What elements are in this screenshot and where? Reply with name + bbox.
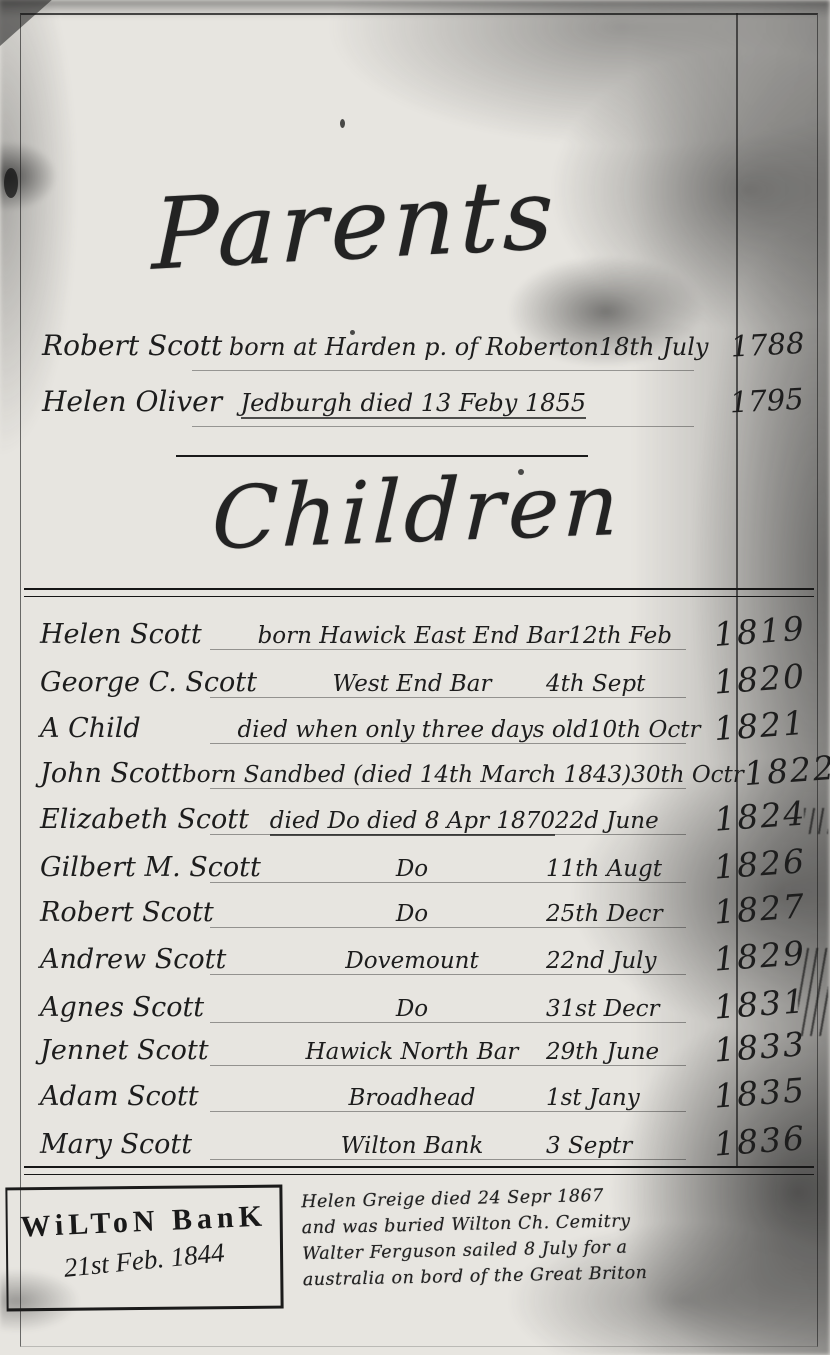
ink-speck	[340, 119, 345, 128]
parent-detail: born at Harden p. of Roberton	[229, 333, 599, 361]
child-row: Jennet Scott Hawick North Bar 29th June …	[40, 1028, 806, 1074]
child-year: 1821	[713, 703, 807, 748]
child-row: Gilbert M. Scott Do 11th Augt 1826	[40, 845, 806, 891]
children-heading: Children	[210, 455, 624, 570]
ruled-dash-line	[210, 927, 686, 928]
ruled-dash-line	[210, 1111, 686, 1112]
child-name: John Scott	[40, 758, 182, 789]
child-place: Do	[278, 996, 546, 1022]
child-row: Andrew Scott Dovemount 22nd July 1829	[40, 937, 806, 983]
child-name: Adam Scott	[40, 1081, 278, 1112]
child-place: Dovemount	[278, 948, 546, 974]
child-row: Agnes Scott Do 31st Decr 1831	[40, 985, 806, 1031]
ruled-dash-line	[210, 834, 686, 835]
child-date: 29th June	[546, 1039, 698, 1065]
child-row: A Child died when only three days old 10…	[40, 706, 806, 752]
ruled-dash-line	[210, 882, 686, 883]
ruled-dash-line	[210, 649, 686, 650]
child-date: 22nd July	[546, 948, 698, 974]
child-row: Robert Scott Do 25th Decr 1827	[40, 890, 806, 936]
child-place: died when only three days old	[238, 717, 588, 743]
ruled-dash-line	[192, 370, 694, 371]
ruled-dash-line	[192, 426, 694, 427]
parent-date: 18th July	[599, 333, 721, 361]
child-row: John Scott born Sandbed (died 14th March…	[40, 751, 806, 797]
child-year: 1835	[697, 1070, 807, 1116]
child-row: Helen Scott born Hawick East End Bar 12t…	[40, 612, 806, 658]
child-name: Elizabeth Scott	[40, 804, 270, 835]
child-year: 1824	[701, 793, 808, 839]
child-place: died Do died 8 Apr 1870	[270, 808, 555, 836]
child-date: 25th Decr	[546, 901, 698, 927]
parent-year: 1795	[715, 382, 805, 421]
child-row: Mary Scott Wilton Bank 3 Septr 1836	[40, 1122, 806, 1168]
parent-year: 1788	[720, 326, 805, 364]
child-name: Andrew Scott	[40, 944, 278, 975]
child-date: 31st Decr	[546, 996, 698, 1022]
parent-name: Robert Scott	[42, 329, 229, 362]
section-divider-rule	[176, 455, 588, 457]
child-date: 4th Sept	[546, 671, 698, 697]
double-rule-under-children	[24, 588, 814, 597]
child-place: Do	[278, 901, 546, 927]
child-date: 30th Octr	[631, 762, 744, 788]
child-name: A Child	[40, 713, 238, 744]
ruled-dash-line	[210, 743, 686, 744]
child-year: 1833	[697, 1024, 807, 1070]
child-name: George C. Scott	[40, 667, 278, 698]
parent-detail: Jedburgh died 13 Feby 1855	[241, 389, 587, 419]
child-place: Do	[278, 856, 546, 882]
marginal-scribble	[804, 808, 828, 834]
child-name: Helen Scott	[40, 619, 258, 650]
child-name: Gilbert M. Scott	[40, 852, 278, 883]
child-row: Elizabeth Scott died Do died 8 Apr 1870 …	[40, 797, 806, 843]
ruled-dash-line	[210, 1159, 686, 1160]
child-name: Jennet Scott	[40, 1035, 278, 1066]
child-place: Wilton Bank	[278, 1133, 546, 1159]
child-row: Adam Scott Broadhead 1st Jany 1835	[40, 1074, 806, 1120]
child-date: 22d June	[555, 808, 702, 834]
ruled-dash-line	[210, 974, 686, 975]
child-row: George C. Scott West End Bar 4th Sept 18…	[40, 660, 806, 706]
child-year: 1819	[706, 609, 807, 655]
child-name: Robert Scott	[40, 897, 278, 928]
child-place: Broadhead	[278, 1085, 546, 1111]
child-date: 3 Septr	[546, 1133, 698, 1159]
child-place: born Hawick East End Bar	[258, 623, 569, 649]
child-year: 1822	[743, 748, 830, 793]
ruled-dash-line	[210, 697, 686, 698]
dark-corner-top-left	[0, 0, 72, 62]
ruled-dash-line	[210, 1065, 686, 1066]
footnote-annotation: Helen Greige died 24 Sepr 1867 and was b…	[301, 1179, 808, 1294]
child-name: Agnes Scott	[40, 992, 278, 1023]
scanned-family-register-page: Parents Robert Scott born at Harden p. o…	[0, 0, 830, 1355]
child-name: Mary Scott	[40, 1129, 278, 1160]
child-date: 11th Augt	[546, 856, 698, 882]
child-place: born Sandbed (died 14th March 1843)	[182, 762, 631, 788]
child-year: 1827	[697, 886, 807, 932]
child-year: 1829	[697, 933, 807, 979]
child-year: 1826	[697, 841, 807, 887]
parents-heading: Parents	[151, 157, 558, 292]
child-date: 10th Octr	[588, 717, 714, 743]
child-year: 1836	[697, 1118, 807, 1164]
ruled-dash-line	[210, 788, 686, 789]
ink-speck	[4, 168, 18, 198]
parent-name: Helen Oliver	[42, 385, 241, 418]
child-year: 1831	[697, 981, 807, 1027]
child-place: West End Bar	[278, 671, 546, 697]
child-date: 12th Feb	[568, 623, 707, 649]
wilton-bank-box: WiLToN BanK 21st Feb. 1844	[5, 1185, 283, 1312]
child-place: Hawick North Bar	[278, 1039, 546, 1065]
ruled-dash-line	[210, 1022, 686, 1023]
child-date: 1st Jany	[546, 1085, 698, 1111]
parent-row: Robert Scott born at Harden p. of Robert…	[42, 328, 804, 380]
child-year: 1820	[697, 656, 807, 702]
parent-row: Helen Oliver Jedburgh died 13 Feby 1855 …	[42, 384, 804, 436]
